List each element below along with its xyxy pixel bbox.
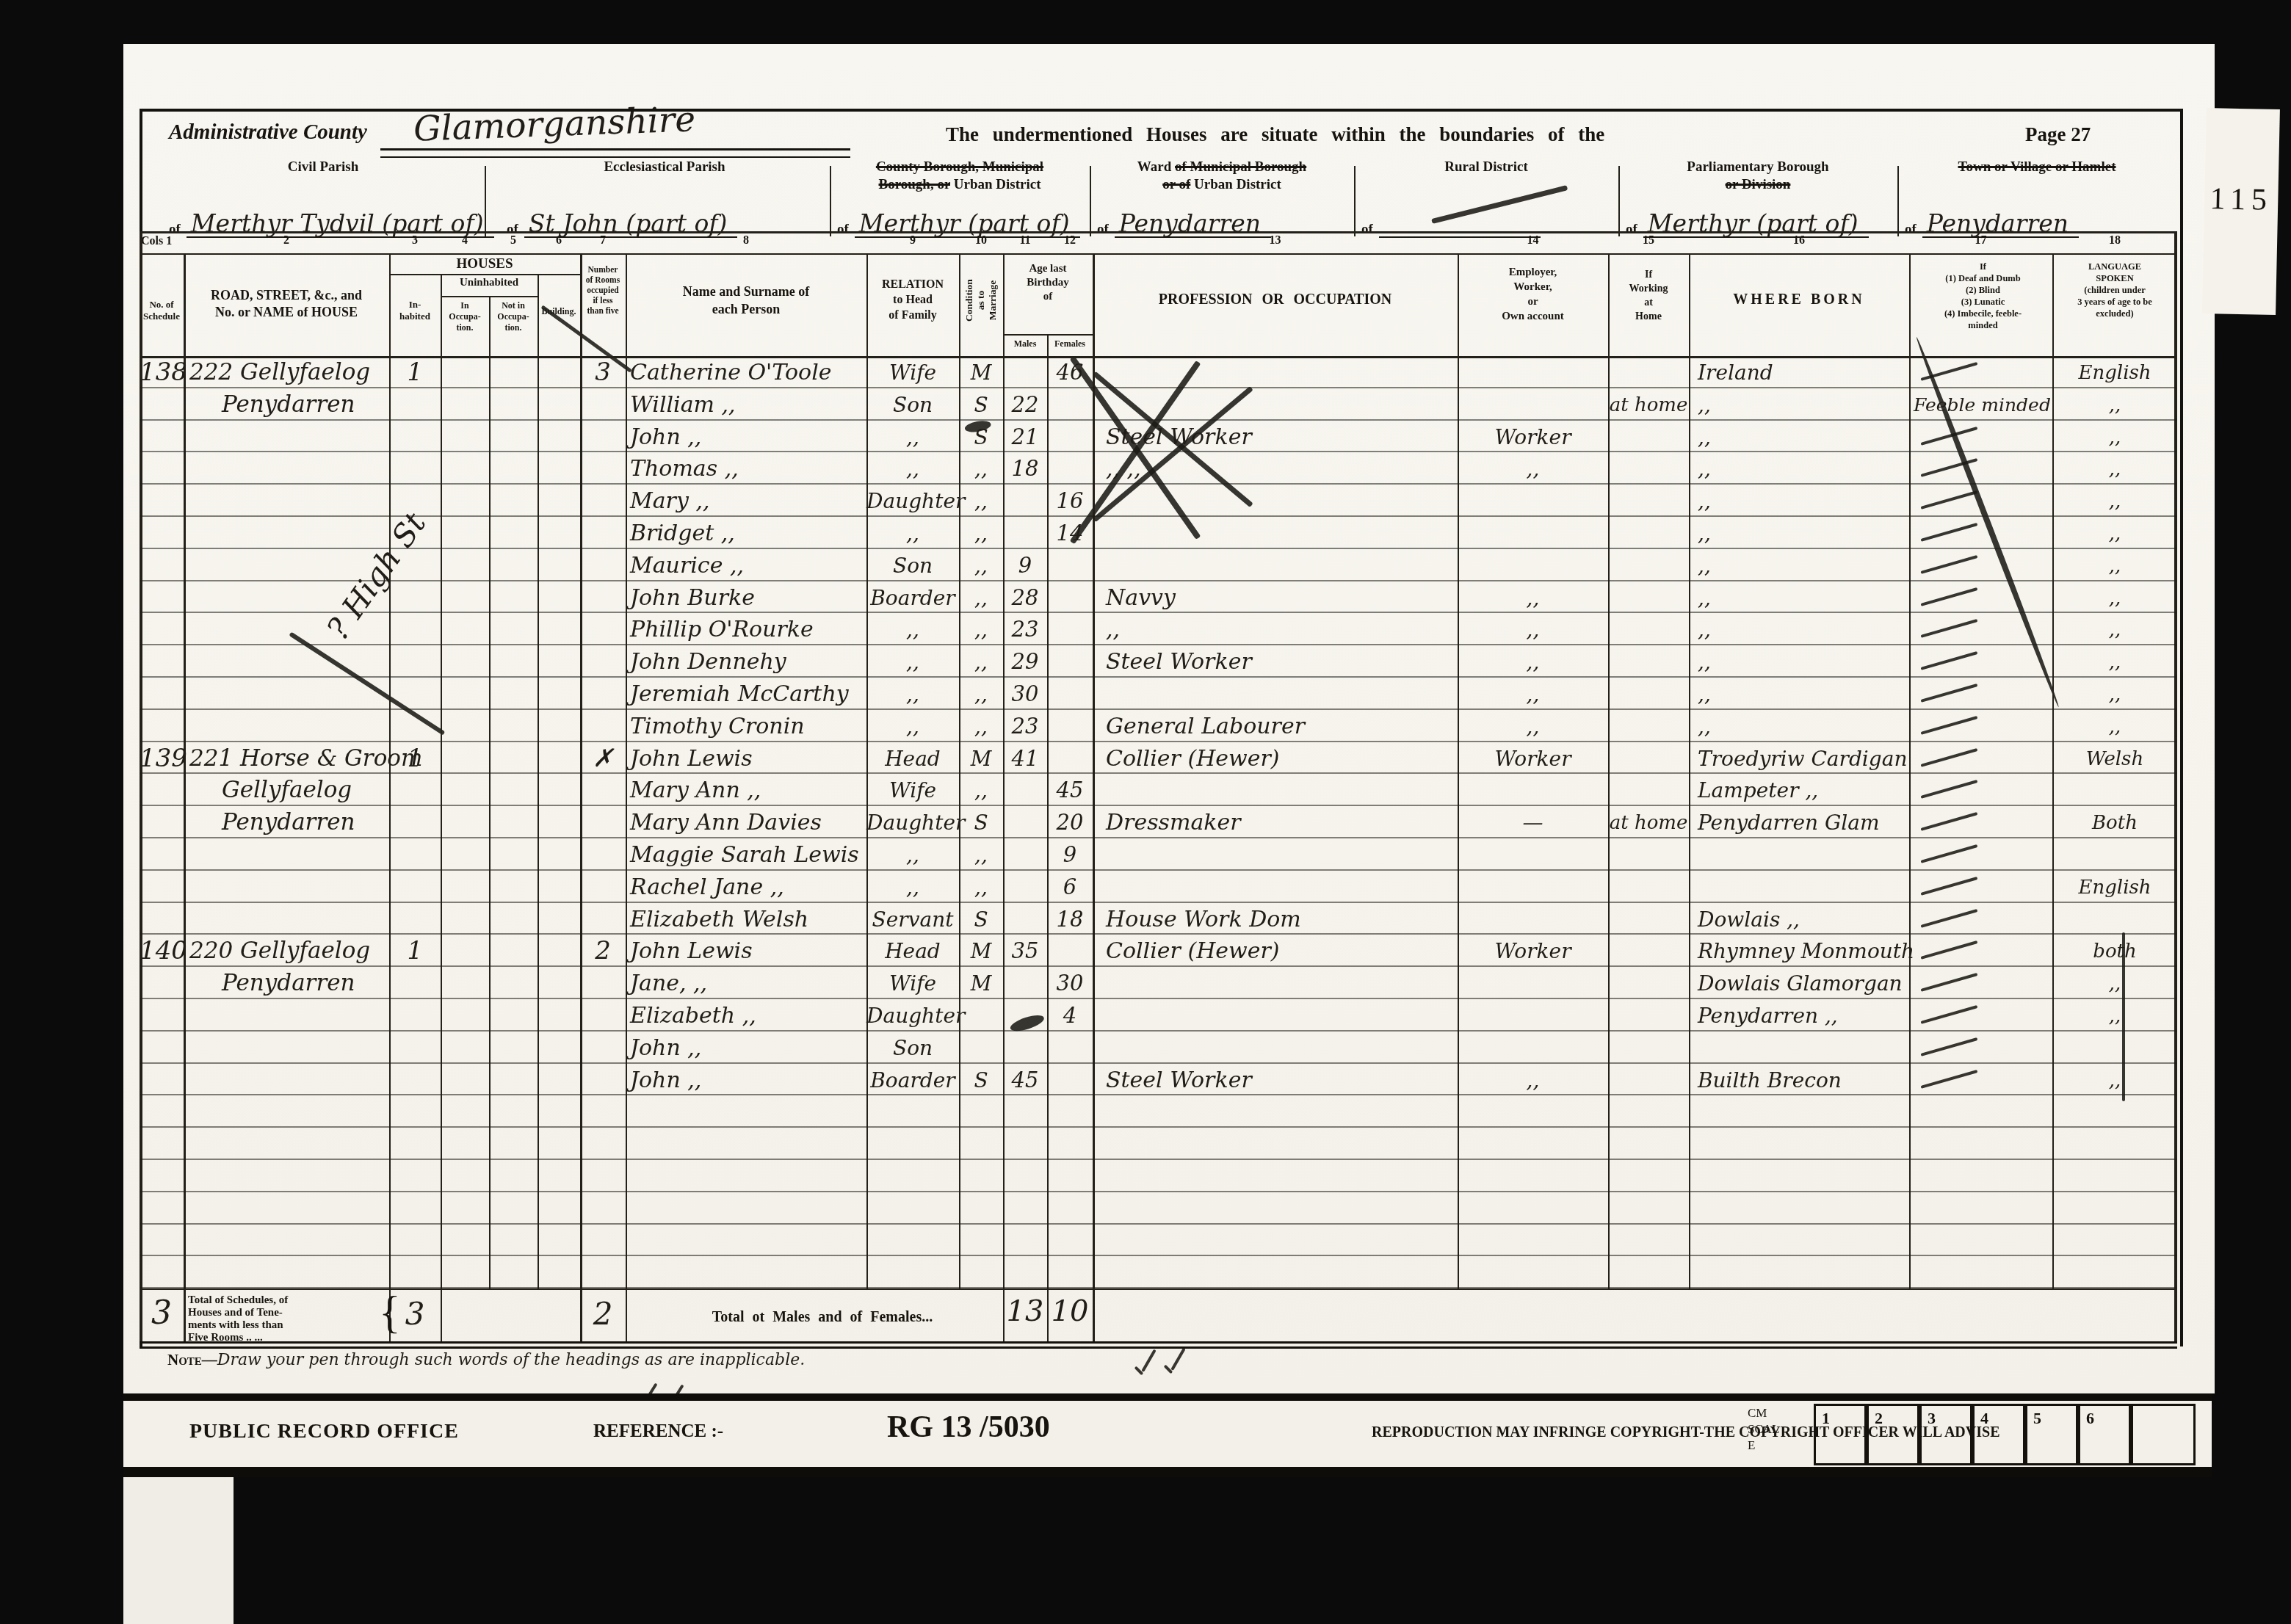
col-number: 11 [1003,234,1047,247]
row-rule [140,548,2177,549]
cell-inh: 1 [389,744,441,772]
header-profession: PROFESSION OR OCCUPATION [1093,291,1458,308]
cell-cond: ,, [959,714,1003,739]
cell-name: John Lewis [630,938,866,964]
row-rule [140,1223,2177,1225]
pro-footer-strip: PUBLIC RECORD OFFICE REFERENCE :- RG 13 … [123,1393,2212,1477]
cell-cond: ,, [959,617,1003,642]
cell-cond: ,, [959,843,1003,867]
cell-born: ,, [1698,457,1909,481]
cell-rel: Son [866,393,959,417]
grid-vline [489,296,491,1288]
cell-rel: Boarder [866,586,959,610]
cell-lang: ,, [2052,684,2177,706]
cell-rooms: 2 [580,936,626,965]
row-rule [140,805,2177,806]
pen-tick [1920,651,1977,670]
cell-lang: ,, [2052,716,2177,738]
cell-rel: ,, [866,521,959,545]
cell-lang: ,, [2052,1005,2177,1027]
cell-name: Phillip O'Rourke [630,617,866,642]
cell-emp: ,, [1458,617,1608,642]
cell-name: John ,, [630,424,866,450]
cell-inh: 3 [389,1296,441,1332]
cell-ageM: 30 [1003,681,1047,706]
cell-emp: ,, [1458,1068,1608,1092]
grid-hline [140,356,2177,358]
col-number: 5 [489,234,538,247]
cell-rel: Wife [866,778,959,802]
grid-vline [1689,253,1690,1288]
grid-vline [441,274,442,1341]
cell-road: 222 Gellyfaelog [189,359,389,385]
col-number: 10 [959,234,1003,247]
cell-cond: S [959,425,1003,449]
row-rule [140,933,2177,935]
cell-cond: ,, [959,650,1003,674]
footer-reference-label: REFERENCE :- [593,1421,723,1442]
cell-name: John Burke [630,585,866,611]
grid-hline [140,253,2177,255]
header-rooms: Number of Rooms occupied if less than fi… [580,265,626,316]
pen-tick [1920,780,1977,799]
cell-name: Mary Ann ,, [630,777,866,803]
grid-vline [184,253,186,1341]
cell-occ: Steel Worker [1106,1067,1458,1093]
cell-born: Builth Brecon [1698,1068,1909,1092]
cell-rel: Daughter [866,489,959,513]
cell-road: Penydarren [222,391,389,418]
row-rule [140,1255,2177,1256]
cell-inh: 1 [389,936,441,965]
cell-road: Penydarren [222,970,389,996]
cell-ageF: 20 [1047,810,1093,835]
cell-emp: ,, [1458,586,1608,610]
cell-cond: ,, [959,875,1003,899]
ruler-cell: 2 [1867,1404,1919,1465]
cell-rel: Son [866,1036,959,1060]
cell-lang: English [2052,877,2177,899]
section-rural-district: Rural District of [1361,159,1611,238]
cell-cond: M [959,939,1003,963]
grid-hline [140,231,2177,233]
cell-cond: M [959,971,1003,996]
cell-rel: ,, [866,875,959,899]
cell-born: ,, [1698,425,1909,449]
cell-born: Rhymney Monmouth [1698,939,1909,963]
cell-born: Penydarren Glam [1698,811,1909,835]
cell-emp: Worker [1458,425,1608,449]
cell-born: Penydarren ,, [1698,1004,1909,1028]
grid-vline [626,253,627,1341]
cell-born: Dowlais ,, [1698,907,1909,932]
pen-stroke [1914,336,2061,708]
cell-born: ,, [1698,650,1909,674]
cell-ageM: 22 [1003,392,1047,417]
pen-tick [1920,1037,1977,1056]
cell-born: ,, [1698,617,1909,642]
row-rule [140,869,2177,871]
cell-emp: Worker [1458,939,1608,963]
cell-lang: ,, [2052,555,2177,577]
header-houses: HOUSES [389,256,580,272]
grid-hline [1003,334,1093,336]
cell-born: ,, [1698,714,1909,739]
cell-emp: Worker [1458,747,1608,771]
cell-lang: ,, [2052,523,2177,545]
check-mark [1141,1349,1156,1372]
cell-lang: ,, [2052,490,2177,512]
cell-lang: ,, [2052,651,2177,673]
header-males: Males [1003,338,1047,349]
ruler-number: 6 [2086,1409,2094,1428]
cell-rel: ,, [866,682,959,706]
cell-cond: ,, [959,554,1003,578]
row-rule [140,998,2177,999]
cell-ageF: 18 [1047,907,1093,932]
cell-rel: ,, [866,843,959,867]
pen-tick [1920,748,1977,767]
cell-ageF: 14 [1047,521,1093,545]
cell-lang: both [2052,940,2177,963]
cell-lang: English [2052,362,2177,384]
section-parliamentary-borough: Parliamentary Borough or Division ofMert… [1626,159,1890,238]
grid-hline [441,296,538,297]
footer-office: PUBLIC RECORD OFFICE [189,1420,459,1443]
cell-ageM: 21 [1003,424,1047,449]
col-number: 9 [866,234,959,247]
pen-tick [1920,716,1977,735]
cell-rel: Son [866,554,959,578]
section-divider [1897,166,1899,236]
col-number: 12 [1047,234,1093,247]
pen-tick [1920,1005,1977,1024]
cell-emp: ,, [1458,650,1608,674]
section-divider [1618,166,1620,236]
cell-occ: Dressmaker [1106,810,1458,835]
cell-ageF: 30 [1047,971,1093,996]
census-table: Cols 1 No. of Schedule ROAD, STREET, &c.… [140,231,2177,1349]
cell-inh: 1 [389,358,441,386]
col-number: 2 [184,234,389,247]
col-number: 6 [538,234,580,247]
cell-cond: ,, [959,778,1003,802]
cell-rel: ,, [866,617,959,642]
cell-ageF: 16 [1047,488,1093,513]
cell-cond: S [959,907,1003,932]
cell-name: Elizabeth Welsh [630,907,866,932]
cell-name: Maggie Sarah Lewis [630,842,866,868]
cell-emp: ,, [1458,457,1608,481]
cell-sched: 138 [140,358,184,387]
cell-born: Troedyriw Cardigan [1698,747,1909,771]
header-inhabited: In- habited [389,299,441,322]
header-infirmity: If (1) Deaf and Dumb (2) Blind (3) Lunat… [1915,261,2051,331]
row-rule [140,483,2177,485]
cell-lang: ,, [2052,394,2177,416]
cell-cond: ,, [959,457,1003,481]
section-civil-parish: Civil Parish ofMerthyr Tydvil (part of) [169,159,477,238]
cell-born: Ireland [1698,360,1909,385]
cell-sched: 140 [140,936,184,965]
section-ward: Ward of Municipal Borough or of Urban Di… [1097,159,1347,238]
cell-rooms: 2 [580,1296,626,1332]
cell-sched: 3 [140,1294,184,1332]
cell-name: Rachel Jane ,, [630,874,866,900]
ruler-cell: 6 [2078,1404,2131,1465]
row-rule [140,676,2177,678]
cell-name: Jeremiah McCarthy [630,681,866,707]
header-age: Age last Birthday of [1003,262,1093,304]
col-number: 16 [1689,234,1909,247]
cell-rel: Head [866,939,959,963]
footer-scale-label: CM SCAL E [1748,1405,1779,1454]
row-rule [140,1287,2177,1288]
cell-road: 220 Gellyfaelog [189,938,389,964]
grid-vline [1909,253,1911,1288]
row-rule [140,1094,2177,1095]
cell-name: John Dennehy [630,649,866,675]
cell-name: Mary ,, [630,488,866,514]
cell-ageF: 46 [1047,360,1093,385]
cell-born: ,, [1698,489,1909,513]
cell-ageF: 6 [1047,874,1093,899]
pen-tick [1920,490,1977,510]
cell-ageM: 45 [1003,1067,1047,1092]
cell-rooms: 3 [580,358,626,387]
grid-vline [580,253,582,1341]
cell-ageM: 41 [1003,746,1047,771]
totals-label: Total of Schedules, of Houses and of Ten… [188,1294,380,1344]
cell-rel: ,, [866,425,959,449]
cell-rel: Wife [866,971,959,996]
header-born: WHERE BORN [1689,291,1909,308]
header-road: ROAD, STREET, &c., and No. or NAME of HO… [188,287,385,321]
row-rule [140,451,2177,452]
cell-lang: ,, [2052,1070,2177,1092]
cell-sched: 139 [140,744,184,773]
stamp-number: 115 [2204,181,2279,218]
header-not-in-occupation: Not in Occupa- tion. [489,300,538,333]
grid-hline [389,274,580,275]
cell-road: 221 Horse & Groom [189,745,389,772]
cell-home: at home [1608,394,1689,416]
section-divider [830,166,831,236]
cell-rel: ,, [866,650,959,674]
header-home: If Working at Home [1608,268,1689,324]
col-number: 14 [1458,234,1608,247]
col-number: 17 [1909,234,2052,247]
note-line: Note—Draw your pen through such words of… [167,1351,805,1369]
cell-name: John Lewis [630,746,866,772]
cell-name: Timothy Cronin [630,714,866,739]
row-rule [140,515,2177,517]
pen-tick [1920,844,1977,863]
cell-born: ,, [1698,682,1909,706]
cell-born: ,, [1698,554,1909,578]
ruler-cell [2131,1404,2196,1465]
col-number: 15 [1608,234,1689,247]
col-number: 8 [626,234,866,247]
cell-ageF: 4 [1047,1003,1093,1028]
cell-rel: Servant [866,907,959,932]
cell-born: Lampeter ,, [1698,778,1909,802]
cell-occ: Collier (Hewer) [1106,938,1458,964]
row-rule [140,708,2177,710]
page-stamp: 115 [2202,108,2280,315]
pen-stroke [289,631,445,735]
ruler-number: 4 [1980,1409,1988,1428]
ruler-cell: 5 [2025,1404,2078,1465]
ruler-number: 1 [1822,1409,1830,1428]
cell-inf: Feeble minded [1914,394,2052,416]
header-relation: RELATION to Head of Family [866,277,959,323]
cell-name: Catherine O'Toole [630,360,866,385]
row-rule [140,837,2177,838]
cell-road: Penydarren [222,809,389,835]
cell-rel: Wife [866,360,959,385]
header-schedule: No. of Schedule [140,299,184,322]
scanned-census-page: Administrative County Glamorganshire The… [0,0,2291,1624]
cell-ageM: 28 [1003,585,1047,610]
ruler-number: 5 [2033,1409,2041,1428]
header-name: Name and Surname of each Person [626,283,866,318]
cell-occ: ,, ,, [1106,456,1458,482]
cell-cond: S [959,393,1003,417]
cell-cond: S [959,1068,1003,1092]
cell-rel: Daughter [866,811,959,835]
section-divider [1090,166,1091,236]
cell-rel: Head [866,747,959,771]
cell-cond: ,, [959,586,1003,610]
row-rule [140,1126,2177,1128]
cell-name: Thomas ,, [630,456,866,482]
cell-born: Dowlais Glamorgan [1698,971,1909,996]
cell-cond: ,, [959,682,1003,706]
totals-males-females-label: Total ot Males and of Females... [639,1309,1006,1326]
cell-occ: ,, [1106,617,1458,642]
grid-vline [1458,253,1459,1288]
cell-cond: ,, [959,489,1003,513]
cell-home: at home [1608,812,1689,834]
col-number: 13 [1093,234,1458,247]
cell-occ: Collier (Hewer) [1106,746,1458,772]
check-mark [1170,1348,1185,1371]
section-county-borough: County Borough, Municipal Borough, or Ur… [837,159,1082,238]
cell-ageM: 29 [1003,649,1047,674]
cell-road: Gellyfaelog [222,777,389,803]
census-sheet: Administrative County Glamorganshire The… [123,44,2215,1393]
cell-cond: M [959,747,1003,771]
cell-rel: ,, [866,457,959,481]
cols-label: Cols 1 [141,235,172,248]
cell-name: Mary Ann Davies [630,810,866,835]
header-language: LANGUAGE SPOKEN (children under 3 years … [2052,261,2177,319]
pen-tick [1920,1070,1977,1089]
cell-occ: Steel Worker [1106,424,1458,450]
cell-name: Elizabeth ,, [630,1003,866,1029]
cell-ageM: 9 [1003,553,1047,578]
cell-ageM: 13 [1003,1294,1047,1328]
pen-tick [1920,973,1977,992]
cell-ageF: 10 [1047,1294,1093,1328]
col-number: 3 [389,234,441,247]
cell-occ: House Work Dom [1106,907,1458,932]
row-rule [140,612,2177,613]
pen-tick [1920,587,1977,606]
cell-lang: Welsh [2052,748,2177,770]
pen-tick [1920,555,1977,574]
cell-ageM: 23 [1003,617,1047,642]
cell-ageF: 45 [1047,777,1093,802]
header-uninhabited: Uninhabited [441,277,538,289]
header-in-occupation: In Occupa- tion. [441,300,489,333]
cell-rel: Boarder [866,1068,959,1092]
pen-tick [1920,619,1977,638]
cell-lang: ,, [2052,587,2177,609]
grid-vline [538,274,539,1288]
col-number: 4 [441,234,489,247]
cell-born: ,, [1698,393,1909,417]
cell-occ: General Labourer [1106,714,1458,739]
row-rule [140,772,2177,774]
row-rule [140,1191,2177,1192]
row-rule [140,419,2177,421]
cell-emp: ,, [1458,682,1608,706]
cell-cond: ,, [959,521,1003,545]
pen-tick [1920,909,1977,928]
cell-ageM: 23 [1003,714,1047,739]
cell-lang: ,, [2052,619,2177,641]
row-rule [140,965,2177,967]
grid-vline [140,231,142,1341]
row-rule [140,644,2177,645]
cell-emp: ,, [1458,714,1608,739]
col-number: 7 [580,234,626,247]
ruler-number: 3 [1928,1409,1936,1428]
cell-ageM: 18 [1003,456,1047,481]
cell-name: John ,, [630,1035,866,1061]
row-rule [140,741,2177,742]
cell-emp: — [1458,811,1608,835]
cell-born: ,, [1698,586,1909,610]
pen-tick [1920,523,1977,542]
cell-rel: Daughter [866,1004,959,1028]
cell-rel: ,, [866,714,959,739]
cell-lang: Both [2052,812,2177,834]
ruler-cell: 3 [1919,1404,1972,1465]
cell-ageM: 35 [1003,938,1047,963]
ruler-cell: 4 [1972,1404,2025,1465]
cell-rooms: ✗ [580,744,626,773]
pen-tick [1920,812,1977,831]
footer-reference-value: RG 13 /5030 [887,1410,1050,1445]
ruler-cell: 1 [1814,1404,1867,1465]
col-number: 18 [2052,234,2177,247]
row-rule [140,1159,2177,1160]
section-town-village: Town or Village or Hamlet ofPenydarren [1905,159,2169,238]
cell-ageF: 9 [1047,842,1093,867]
cell-cond: M [959,360,1003,385]
cell-name: Bridget ,, [630,521,866,546]
row-rule [140,580,2177,581]
pen-tick [1920,940,1977,960]
header-females: Females [1047,338,1093,349]
row-rule [140,902,2177,903]
grid-vline [1093,253,1095,1341]
header-condition: Condition as to Marriage [963,249,999,352]
header-employer: Employer, Worker, or Own account [1458,265,1608,324]
